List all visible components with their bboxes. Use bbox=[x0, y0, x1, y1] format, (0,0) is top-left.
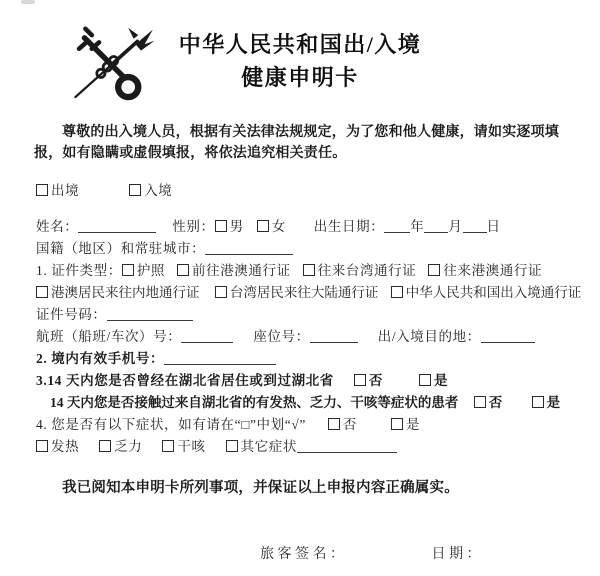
hubei-contact-yes[interactable]: 是 bbox=[532, 392, 561, 414]
yes-label: 是 bbox=[406, 417, 420, 432]
name-gender-birth-row: 姓名： 性别：男 女 出生日期：年月日 bbox=[36, 216, 590, 238]
symptom-fatigue[interactable]: 乏力 bbox=[99, 436, 142, 458]
hk-macau-exit-label: 前往港澳通行证 bbox=[192, 263, 291, 278]
entry-option[interactable]: 入境 bbox=[129, 180, 172, 202]
hubei-contact-row: 14 天内您是否接触过来自湖北省的有发热、乏力、干咳等症状的患者 否 是 bbox=[50, 392, 590, 414]
trip-row: 航班（船班/车次）号： 座位号： 出/入境目的地： bbox=[36, 326, 590, 348]
hubei-residence-row: 3.14 天内您是否曾经在湖北省居住或到过湖北省 否 是 bbox=[36, 370, 590, 392]
declaration-statement: 我已阅知本申明卡所列事项，并保证以上申报内容正确属实。 bbox=[62, 476, 580, 497]
hk-macau-exit-checkbox[interactable] bbox=[177, 264, 189, 276]
seat-label: 座位号： bbox=[253, 329, 309, 344]
birth-year-blank[interactable] bbox=[384, 219, 410, 233]
male-label: 男 bbox=[230, 219, 244, 234]
name-label: 姓名： bbox=[36, 219, 78, 234]
symptoms-question-row: 4. 您是否有以下症状，如有请在“□”中划“√” 否 是 bbox=[36, 414, 590, 436]
date-label: 日期： bbox=[432, 547, 485, 562]
male-option[interactable]: 男 bbox=[215, 216, 244, 238]
gender-label: 性别： bbox=[172, 219, 214, 234]
exit-option[interactable]: 出境 bbox=[36, 180, 79, 202]
phone-blank[interactable] bbox=[164, 351, 276, 365]
hk-macau-resident-checkbox[interactable] bbox=[36, 286, 48, 298]
female-checkbox[interactable] bbox=[257, 220, 269, 232]
doc-type-passport[interactable]: 护照 bbox=[122, 260, 165, 282]
hubei-contact-no-checkbox[interactable] bbox=[474, 396, 486, 408]
taiwan-resident-checkbox[interactable] bbox=[215, 286, 227, 298]
doc-type-taiwan-resident-permit[interactable]: 台湾居民来往大陆通行证 bbox=[215, 282, 379, 304]
hubei-residence-question: 3.14 天内您是否曾经在湖北省居住或到过湖北省 bbox=[36, 373, 334, 388]
symptoms-yes[interactable]: 是 bbox=[391, 414, 420, 436]
hubei-contact-no[interactable]: 否 bbox=[474, 392, 503, 414]
doc-type-hk-macau-resident-permit[interactable]: 港澳居民来往内地通行证 bbox=[36, 282, 200, 304]
nationality-row: 国籍（地区）和常驻城市： bbox=[36, 238, 590, 260]
health-declaration-form: 中华人民共和国出/入境 健康申明卡 尊敬的出入境人员，根据有关法律法规规定，为了… bbox=[0, 0, 600, 576]
other-symptom-label: 其它症状 bbox=[241, 439, 297, 454]
symptom-dry-cough[interactable]: 干咳 bbox=[162, 436, 205, 458]
no-label: 否 bbox=[489, 395, 503, 410]
symptom-items-row: 发热 乏力 干咳 其它症状 bbox=[36, 436, 590, 458]
direction-row: 出境 入境 bbox=[36, 180, 590, 202]
doc-type-prc-exit-entry-permit[interactable]: 中华人民共和国出入境通行证 bbox=[391, 282, 582, 304]
signature-row: 旅客签名：日期： bbox=[260, 543, 600, 563]
female-option[interactable]: 女 bbox=[257, 216, 286, 238]
flight-label: 航班（船班/车次）号： bbox=[36, 329, 181, 344]
hubei-contact-yes-checkbox[interactable] bbox=[532, 396, 544, 408]
symptoms-no-checkbox[interactable] bbox=[328, 418, 340, 430]
birth-month-blank[interactable] bbox=[424, 219, 448, 233]
document-type-row-1: 1. 证件类型：护照 前往港澳通行证 往来台湾通行证 往来港澳通行证 bbox=[36, 260, 590, 282]
doc-type-taiwan-permit[interactable]: 往来台湾通行证 bbox=[303, 260, 417, 282]
no-label: 否 bbox=[343, 417, 357, 432]
yes-label: 是 bbox=[434, 373, 448, 388]
hk-macau-permit-label: 往来港澳通行证 bbox=[443, 263, 542, 278]
doc-type-hk-macau-exit-permit[interactable]: 前往港澳通行证 bbox=[177, 260, 291, 282]
passport-label: 护照 bbox=[137, 263, 165, 278]
hubei-contact-question: 14 天内您是否接触过来自湖北省的有发热、乏力、干咳等症状的患者 bbox=[50, 395, 458, 410]
fever-label: 发热 bbox=[51, 439, 79, 454]
nationality-label: 国籍（地区）和常驻城市： bbox=[36, 241, 205, 256]
hubei-residence-yes-checkbox[interactable] bbox=[419, 374, 431, 386]
other-symptom-checkbox[interactable] bbox=[226, 440, 238, 452]
document-number-label: 证件号码： bbox=[36, 307, 107, 322]
symptoms-yes-checkbox[interactable] bbox=[391, 418, 403, 430]
yes-label: 是 bbox=[547, 395, 561, 410]
name-blank[interactable] bbox=[78, 219, 156, 233]
seat-blank[interactable] bbox=[310, 329, 358, 343]
document-number-blank[interactable] bbox=[107, 307, 193, 321]
birth-label: 出生日期： bbox=[314, 219, 385, 234]
prc-permit-label: 中华人民共和国出入境通行证 bbox=[406, 285, 582, 300]
phone-row: 2. 境内有效手机号： bbox=[36, 348, 590, 370]
document-type-label: 1. 证件类型： bbox=[36, 263, 122, 278]
exit-label: 出境 bbox=[51, 183, 79, 198]
female-label: 女 bbox=[272, 219, 286, 234]
fatigue-label: 乏力 bbox=[114, 439, 142, 454]
entry-checkbox[interactable] bbox=[129, 184, 141, 196]
symptoms-question: 4. 您是否有以下症状，如有请在“□”中划“√” bbox=[36, 417, 306, 432]
form-header: 中华人民共和国出/入境 健康申明卡 bbox=[0, 0, 600, 102]
passport-checkbox[interactable] bbox=[122, 264, 134, 276]
document-type-row-2: 港澳居民来往内地通行证 台湾居民来往大陆通行证 中华人民共和国出入境通行证 bbox=[36, 282, 590, 304]
month-suffix: 月 bbox=[448, 219, 462, 234]
nationality-blank[interactable] bbox=[205, 241, 293, 255]
hubei-residence-no-checkbox[interactable] bbox=[354, 374, 366, 386]
destination-label: 出/入境目的地： bbox=[378, 329, 481, 344]
symptoms-no[interactable]: 否 bbox=[328, 414, 357, 436]
hubei-residence-no[interactable]: 否 bbox=[354, 370, 383, 392]
dry-cough-checkbox[interactable] bbox=[162, 440, 174, 452]
day-suffix: 日 bbox=[487, 219, 501, 234]
hubei-residence-yes[interactable]: 是 bbox=[419, 370, 448, 392]
entry-label: 入境 bbox=[144, 183, 172, 198]
hk-macau-permit-checkbox[interactable] bbox=[428, 264, 440, 276]
exit-checkbox[interactable] bbox=[36, 184, 48, 196]
year-suffix: 年 bbox=[410, 219, 424, 234]
flight-blank[interactable] bbox=[181, 329, 233, 343]
signature-label: 旅客签名： bbox=[260, 547, 348, 562]
dry-cough-label: 干咳 bbox=[177, 439, 205, 454]
taiwan-resident-label: 台湾居民来往大陆通行证 bbox=[230, 285, 379, 300]
phone-label: 2. 境内有效手机号： bbox=[36, 351, 164, 366]
male-checkbox[interactable] bbox=[215, 220, 227, 232]
fever-checkbox[interactable] bbox=[36, 440, 48, 452]
taiwan-permit-label: 往来台湾通行证 bbox=[318, 263, 417, 278]
destination-blank[interactable] bbox=[481, 329, 535, 343]
other-symptom-blank[interactable] bbox=[297, 439, 397, 453]
symptom-other[interactable]: 其它症状 bbox=[226, 436, 297, 458]
taiwan-permit-checkbox[interactable] bbox=[303, 264, 315, 276]
prc-permit-checkbox[interactable] bbox=[391, 286, 403, 298]
notice-paragraph: 尊敬的出入境人员，根据有关法律法规规定，为了您和他人健康，请如实逐项填报，如有隐… bbox=[34, 122, 566, 164]
customs-emblem-icon bbox=[64, 26, 156, 108]
doc-type-hk-macau-permit[interactable]: 往来港澳通行证 bbox=[428, 260, 542, 282]
no-label: 否 bbox=[369, 373, 383, 388]
hk-macau-resident-label: 港澳居民来往内地通行证 bbox=[51, 285, 200, 300]
document-number-row: 证件号码： bbox=[36, 304, 590, 326]
fatigue-checkbox[interactable] bbox=[99, 440, 111, 452]
symptom-fever[interactable]: 发热 bbox=[36, 436, 79, 458]
birth-day-blank[interactable] bbox=[463, 219, 487, 233]
